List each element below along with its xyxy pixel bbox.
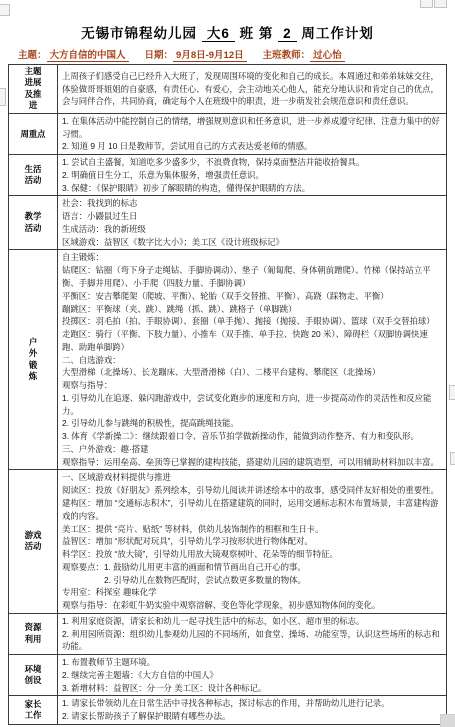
list-item: 钻爬区：钻圈（弯下身子走绳钻、手脚协调动）、垫子（匍匐爬、身体朝前蹭爬）、竹梯（… xyxy=(62,264,442,290)
teacher-value: 过心怡 xyxy=(310,50,345,62)
list-item: 阅读区：投放《好朋友》系列绘本，引导幼儿阅读并讲述绘本中的故事，感受同伴友好相处… xyxy=(62,484,442,497)
list-item: 三、户外游戏：趣·搭建 xyxy=(62,443,442,456)
list-item: 1. 在集体活动中能控制自己的情绪，增强规则意识和任务意识，进一步养成遵守纪律、… xyxy=(62,115,442,141)
row-label-resource-use: 资源利用 xyxy=(9,613,58,654)
list-item: 观察与指导：在彩虹牛奶实验中观察溶解、变色等化学现象，初步感知物体间的变化。 xyxy=(62,599,442,612)
list-item: 观察指导：运用垒高、垒顶等已掌握的建构技能，搭建幼儿园的建筑造型，可以用辅助材料… xyxy=(62,456,442,469)
row-content-game-activity: 一、区域游戏材料提供与推进 阅读区：投放《好朋友》系列绘本，引导幼儿阅读并讲述绘… xyxy=(58,470,447,613)
row-content-teaching-activity: 社会：我找到的标志 语言：小鼹鼠过生日 生成活动：我的新班级 区域游戏：益智区《… xyxy=(58,196,447,250)
list-item: 2. 利用园所资源：组织幼儿参观幼儿园的不同场所，如食堂、操场、功能室等，认识这… xyxy=(62,628,442,654)
list-item: 投掷区：羽毛拍（拍、手眼协调）、套圈（单手抛）、抛接（抛接、手眼协调）、篮球（双… xyxy=(62,315,442,328)
table-row: 生活活动 1. 尝试自主盛餐，知道吃多少盛多少，不浪费食物，保持桌面整洁并能收拾… xyxy=(9,155,447,196)
list-item: 美工区：提供 “亮片、贴纸” 等材料，供幼儿装饰制作的相框和生日卡。 xyxy=(62,523,442,536)
list-item: 自主锻炼： xyxy=(62,251,442,264)
table-row: 主题进展及推进 上周孩子们感受自己已经升入大班了，发现周围环境的变化和自己的成长… xyxy=(9,65,447,114)
list-item: 1. 布置教师节主题环境。 xyxy=(62,656,442,669)
list-item: 2. 引导幼儿在数物匹配时，尝试点数更多数量的物体。 xyxy=(62,574,442,587)
table-row: 家长工作 1. 请家长带领幼儿在日常生活中寻找各种标志，探讨标志的作用，并帮助幼… xyxy=(9,696,447,725)
row-label-game-activity: 游戏活动 xyxy=(9,470,58,613)
date-value: 9月8日-9月12日 xyxy=(173,50,247,62)
page-artifact xyxy=(434,0,447,8)
list-item: 3. 保健：《保护眼睛》初步了解眼睛的构造，懂得保护眼睛的方法。 xyxy=(62,182,442,195)
list-item: 观察与指导： xyxy=(62,379,442,392)
theme-value: 大方自信的中国人 xyxy=(47,50,129,62)
weekly-plan-table: 主题进展及推进 上周孩子们感受自己已经升入大班了，发现周围环境的变化和自己的成长… xyxy=(8,64,447,725)
list-item: 蹦跳区：平衡球（夹、跳）、跳绳（抓、跳）、跳格子（单脚跳） xyxy=(62,303,442,316)
list-item: 1. 尝试自主盛餐，知道吃多少盛多少，不浪费食物，保持桌面整洁并能收拾餐具。 xyxy=(62,156,442,169)
teacher-field: 主班教师：过心怡 xyxy=(263,47,345,61)
list-item: 区域游戏：益智区《数字比大小》；美工区《设计班级标记》 xyxy=(62,236,442,249)
table-row: 教学活动 社会：我找到的标志 语言：小鼹鼠过生日 生成活动：我的新班级 区域游戏… xyxy=(9,196,447,250)
list-item: 3. 新增材料：益智区：分一分 美工区：设计各种标记。 xyxy=(62,682,442,695)
list-item: 生成活动：我的新班级 xyxy=(62,223,442,236)
document-page: 无锡市锦程幼儿园 大6 班 第 2 周工作计划 主题：大方自信的中国人 日期：9… xyxy=(0,0,455,725)
table-row: 资源利用 1. 利用家庭资源，请家长和幼儿一起寻找生活中的标志，如小区、超市里的… xyxy=(9,613,447,654)
row-content-week-focus: 1. 在集体活动中能控制自己的情绪，增强规则意识和任务意识，进一步养成遵守纪律、… xyxy=(58,113,447,154)
row-content-life-activity: 1. 尝试自主盛餐，知道吃多少盛多少，不浪费食物，保持桌面整洁并能收拾餐具。 2… xyxy=(58,155,447,196)
list-item: 2. 引导幼儿参与跳绳的积极性，提高跳绳技能。 xyxy=(62,417,442,430)
list-item: 社会：我找到的标志 xyxy=(62,197,442,210)
list-item: 2. 继续完善主题墙：《大方自信的中国人》 xyxy=(62,669,442,682)
row-label-outdoor-exercise: 户外锻炼 xyxy=(9,250,58,470)
list-item: 平衡区：安吉攀爬架（爬坡、平衡）、轮胎（双手交替推、平衡）、高跷（踩物走、平衡） xyxy=(62,290,442,303)
row-label-environment-setup: 环境创设 xyxy=(9,655,58,696)
title-week: 2 xyxy=(278,26,297,42)
row-content-environment-setup: 1. 布置教师节主题环境。 2. 继续完善主题墙：《大方自信的中国人》 3. 新… xyxy=(58,655,447,696)
list-item: 走跑区：骑行（平衡、下肢力量）、小推车（双手推、单手拉、快跑 20 米）、障碍栏… xyxy=(62,328,442,354)
page-artifact xyxy=(449,385,455,400)
list-item: 2. 明确值日生分工，乐意为集体服务，增强责任意识。 xyxy=(62,169,442,182)
row-label-theme-progress: 主题进展及推进 xyxy=(9,65,58,114)
list-item: 一、区域游戏材料提供与推进 xyxy=(62,471,442,484)
list-item: 2. 知道 9 月 10 日是教师节，尝试用自己的方式表达爱老师的情感。 xyxy=(62,140,442,153)
table-row: 游戏活动 一、区域游戏材料提供与推进 阅读区：投放《好朋友》系列绘本，引导幼儿阅… xyxy=(9,470,447,613)
title-class: 大6 xyxy=(202,26,235,42)
row-content-parent-work: 1. 请家长带领幼儿在日常生活中寻找各种标志，探讨标志的作用，并帮助幼儿进行记录… xyxy=(58,696,447,725)
title-school: 无锡市锦程幼儿园 xyxy=(81,26,197,41)
paragraph: 上周孩子们感受自己已经升入大班了，发现周围环境的变化和自己的成长。本周通过和弟弟… xyxy=(62,70,442,108)
page-artifact xyxy=(0,4,10,16)
page-artifact xyxy=(0,88,6,106)
table-row: 环境创设 1. 布置教师节主题环境。 2. 继续完善主题墙：《大方自信的中国人》… xyxy=(9,655,447,696)
list-item: 二、自选游戏： xyxy=(62,354,442,367)
list-item: 益智区：增加 “形状配对玩具”，引导幼儿学习按形状进行物体配对。 xyxy=(62,535,442,548)
page-title: 无锡市锦程幼儿园 大6 班 第 2 周工作计划 xyxy=(0,22,455,42)
row-content-resource-use: 1. 利用家庭资源，请家长和幼儿一起寻找生活中的标志，如小区、超市里的标志。 2… xyxy=(58,613,447,654)
title-suffix: 周工作计划 xyxy=(301,26,374,41)
list-item: 1. 请家长带领幼儿在日常生活中寻找各种标志，探讨标志的作用，并帮助幼儿进行记录… xyxy=(62,697,442,710)
list-item: 观察要点：1. 鼓励幼儿用更丰富的画面和情节画出自己开心的事。 xyxy=(62,561,442,574)
row-content-outdoor-exercise: 自主锻炼： 钻爬区：钻圈（弯下身子走绳钻、手脚协调动）、垫子（匍匐爬、身体朝前蹭… xyxy=(58,250,447,470)
date-field: 日期：9月8日-9月12日 xyxy=(145,47,247,61)
title-mid: 班 第 xyxy=(240,26,274,41)
page-artifact xyxy=(450,452,455,465)
row-content-theme-progress: 上周孩子们感受自己已经升入大班了，发现周围环境的变化和自己的成长。本周通过和弟弟… xyxy=(58,65,447,114)
plan-meta: 主题：大方自信的中国人 日期：9月8日-9月12日 主班教师：过心怡 xyxy=(18,47,441,61)
list-item: 专用室：科探室 趣味化学 xyxy=(62,586,442,599)
list-item: 1. 引导幼儿在追逐、躲闪跑游戏中，尝试变化跑步的速度和方向，进一步提高动作的灵… xyxy=(62,392,442,418)
list-item: 3. 体育《学新操二》：继续跟着口令、音乐节拍学做新操动作，能做到动作整齐、有力… xyxy=(62,430,442,443)
row-label-life-activity: 生活活动 xyxy=(9,155,58,196)
page-artifact xyxy=(440,714,455,727)
table-row: 周重点 1. 在集体活动中能控制自己的情绪，增强规则意识和任务意识，进一步养成遵… xyxy=(9,113,447,154)
list-item: 科学区：投放 “放大镜”，引导幼儿用放大镜观察树叶、花朵等的细节特征。 xyxy=(62,548,442,561)
list-item: 1. 利用家庭资源，请家长和幼儿一起寻找生活中的标志，如小区、超市里的标志。 xyxy=(62,615,442,628)
page-artifact xyxy=(420,0,433,8)
theme-field: 主题：大方自信的中国人 xyxy=(18,47,129,61)
row-label-parent-work: 家长工作 xyxy=(9,696,58,725)
row-label-week-focus: 周重点 xyxy=(9,113,58,154)
table-row: 户外锻炼 自主锻炼： 钻爬区：钻圈（弯下身子走绳钻、手脚协调动）、垫子（匍匐爬、… xyxy=(9,250,447,470)
list-item: 语言：小鼹鼠过生日 xyxy=(62,210,442,223)
list-item: 建构区：增加 “交通标志积木”，引导幼儿在搭建建筑的同时，运用交通标志积木布置场… xyxy=(62,497,442,523)
row-label-teaching-activity: 教学活动 xyxy=(9,196,58,250)
list-item: 大型滑梯（北操场）、长龙蹦床、大型滑滑梯（白）、二楼平台建构、攀爬区（北操场） xyxy=(62,366,442,379)
list-item: 2. 请家长帮助孩子了解保护眼睛有哪些办法。 xyxy=(62,710,442,723)
